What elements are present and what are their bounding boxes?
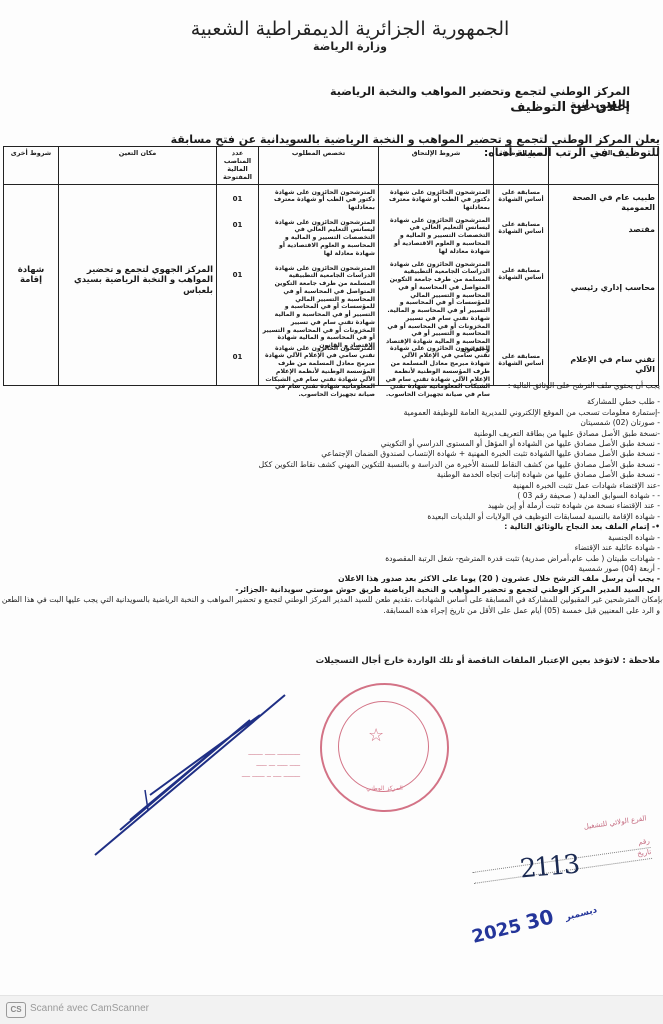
positions-1: 01 <box>220 221 255 230</box>
place-cell: المركز الجهوي لتجمع و تحضير المواهب و ال… <box>59 184 217 385</box>
column-header-other: شروط أخرى <box>4 147 59 185</box>
camscanner-logo-icon: CS <box>6 1002 26 1018</box>
column-header-specialty: تخصص المطلوب <box>259 147 379 185</box>
number-label: رقم <box>638 837 650 847</box>
scanner-footer: CS Scanné avec CamScanner <box>0 995 663 1024</box>
rank-0: طبيب عام في الصحة العمومية <box>552 193 655 213</box>
specialty-0: المترشحون الحائزون على شهادة دكتور في ال… <box>262 189 375 212</box>
date-month: ديسمبر <box>564 905 598 923</box>
appeal-text-cont: و الرد على المعنيين قبل خمسة (05) أيام ع… <box>150 606 660 616</box>
document-item: - نسخة طبق الأصل مصادق عليها من شهادة إث… <box>150 470 660 480</box>
after-success-item: - شهادة الجنسية <box>150 533 660 543</box>
mode-2: مسابقة على أساس الشهادة <box>497 267 545 283</box>
recruitment-table: الرتبة نمط التوظيف شروط الإلتحاق تخصص ال… <box>3 146 659 386</box>
other-conditions-cell: شهادة إقامة <box>4 184 59 385</box>
after-success-item: - شهادة عائلية عند الإقتضاء <box>150 543 660 553</box>
after-success-title: •- إتمام الملف بعد النجاح بالوثائق التال… <box>150 522 660 532</box>
document-item: - نسخة طبق الأصل مصادق عليها من الشهادة … <box>150 439 660 449</box>
conditions-1: المترشحون الحائزون على شهادة ليسانس التع… <box>382 217 490 256</box>
document-item: - صورتان (02) شمسيتان <box>150 418 660 428</box>
conditions-2: المترشحون الحائزون على شهادة الدراسات ال… <box>382 261 490 354</box>
document-item: - شهادة الإقامة بالنسبة لمسابقات التوظيف… <box>150 512 660 522</box>
assignment-place: المركز الجهوي لتجمع و تحضير المواهب و ال… <box>62 265 213 297</box>
document-item: - نسخة طبق الأصل مصادق عليها من كشف النق… <box>150 460 660 470</box>
star-icon: ☆ <box>368 725 384 746</box>
column-header-mode: نمط التوظيف <box>494 147 549 185</box>
document-item: - طلب خطي للمشاركة <box>150 397 660 407</box>
column-header-rank: الرتبة <box>549 147 659 185</box>
mode-3: مسابقة على أساس الشهادة <box>497 353 545 369</box>
document-item: -نسخة طبق الأصل مصادق عليها من بطاقة الت… <box>150 429 660 439</box>
date-stamp: 2025 ديسمبر 30 <box>469 892 604 948</box>
column-header-conditions: شروط الإلتحاق <box>379 147 494 185</box>
date-year: 2025 <box>470 915 524 947</box>
table-header-row: الرتبة نمط التوظيف شروط الإلتحاق تخصص ال… <box>4 147 659 185</box>
conditions-0: المترشحون الحائزون على شهادة دكتور في ال… <box>382 189 490 212</box>
positions-2: 01 <box>220 271 255 280</box>
rank-3: تقني سام في الإعلام الآلي <box>552 355 655 375</box>
signature <box>90 690 290 860</box>
other-conditions: شهادة إقامة <box>7 265 55 286</box>
deadline: - يجب أن يرسل ملف الترشح خلال عشرون ( 20… <box>150 574 660 584</box>
specialty-cell: المترشحون الحائزون على شهادة دكتور في ال… <box>259 184 379 385</box>
republic-title: الجمهورية الجزائرية الديمقراطية الشعبية <box>150 18 550 40</box>
after-success-item: - أربعة (04) صور شمسية <box>150 564 660 574</box>
rank-1: مقتصد <box>552 225 655 235</box>
note: ملاحظة : لاتؤخذ بعين الإعتبار الملفات ال… <box>200 656 660 666</box>
scanner-watermark: Scanné avec CamScanner <box>30 1003 149 1014</box>
positions-0: 01 <box>220 195 255 204</box>
conditions-cell: المترشحون الحائزون على شهادة دكتور في ال… <box>379 184 494 385</box>
documents-intro: يجب أن يحتوي ملف الترشح على الوثائق التا… <box>150 381 660 391</box>
rank-cell: طبيب عام في الصحة العمومية مقتصد محاسب إ… <box>549 184 659 385</box>
official-seal: ☆ المركز الوطني <box>320 683 449 812</box>
seal-text: المركز الوطني <box>342 785 427 792</box>
after-success-item: - شهادات طبيتان ( طب عام،أمراض صدرية) تث… <box>150 554 660 564</box>
mode-1: مسابقة على أساس الشهادة <box>497 221 545 237</box>
document-item: -إستمارة معلومات تسحب من الموقع الإلكترو… <box>150 408 660 418</box>
date-label: تاريخ <box>637 848 652 858</box>
positions-3: 01 <box>220 353 255 362</box>
document-item: - نسخة طبق الأصل مصادق عليها الشهادة تثب… <box>150 449 660 459</box>
rank-2: محاسب إداري رئيسي <box>552 283 655 293</box>
specialty-1: المترشحون الحائزون على شهادة ليسانس التع… <box>262 219 375 258</box>
ministry-name: وزارة الرياضة <box>250 40 450 53</box>
table-row: طبيب عام في الصحة العمومية مقتصد محاسب إ… <box>4 184 659 385</box>
registration-number: 2113 <box>519 850 580 885</box>
appeal-text: -بإمكان المترشحين غير المقبولين للمشاركة… <box>150 595 663 605</box>
required-documents: يجب أن يحتوي ملف الترشح على الوثائق التا… <box>150 381 660 616</box>
mode-cell: مسابقة على أساس الشهادة مسابقة على أساس … <box>494 184 549 385</box>
column-header-positions: عدد المناصب المالية المفتوحة <box>217 147 259 185</box>
address: الى السيد المدير المركز الوطني لتجمع و ت… <box>150 585 660 595</box>
specialty-2: المترشحون الحائزون على شهادة الدراسات ال… <box>262 265 375 350</box>
date-day: 30 <box>523 904 556 934</box>
column-header-place: مكان التعين <box>59 147 217 185</box>
document-item: - عند الإقتضاء نسخة من شهادة تثبت أرملة … <box>150 501 660 511</box>
announcement-title: إعلان عن التوظيف <box>330 100 630 115</box>
document-item: -عند الإقتضاء شهادات عمل تثبت الخبرة الم… <box>150 481 660 491</box>
document-item: - - شهادة السوابق العدلية ( صحيفة رقم 03… <box>150 491 660 501</box>
positions-cell: 01 01 01 01 <box>217 184 259 385</box>
mode-0: مسابقة على أساس الشهادة <box>497 189 545 205</box>
